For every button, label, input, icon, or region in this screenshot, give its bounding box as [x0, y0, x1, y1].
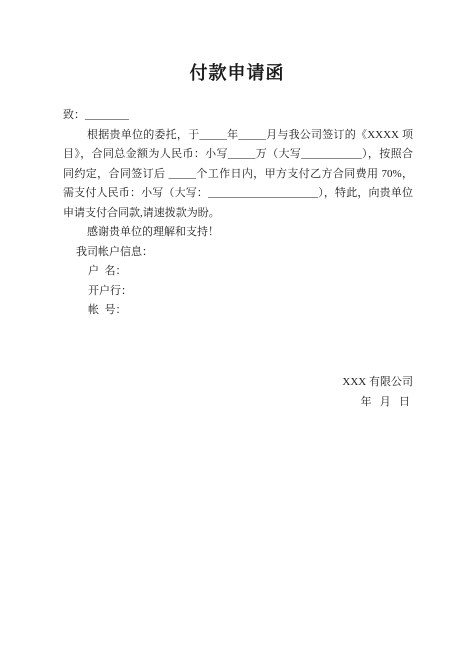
account-number-line: 帐 号： [63, 301, 413, 321]
page-title: 付款申请函 [0, 59, 474, 85]
letter-body: 致：________ 根据贵单位的委托，于_____年_____月与我公司签订的… [63, 106, 413, 321]
salutation-line: 致：________ [63, 106, 413, 126]
account-holder-line: 户 名： [63, 262, 413, 282]
document-page: 付款申请函 致：________ 根据贵单位的委托，于_____年_____月与… [0, 0, 474, 670]
thanks-line: 感谢贵单位的理解和支持！ [63, 223, 413, 243]
account-info-heading: 我司帐户信息： [63, 243, 413, 263]
bank-branch-line: 开户行： [63, 282, 413, 302]
signature-block: XXX 有限公司 年 月 日 [342, 372, 413, 412]
signature-date: 年 月 日 [342, 392, 413, 412]
body-paragraph: 根据贵单位的委托，于_____年_____月与我公司签订的《XXXX 项目》，合… [63, 126, 413, 224]
company-name: XXX 有限公司 [342, 372, 413, 392]
